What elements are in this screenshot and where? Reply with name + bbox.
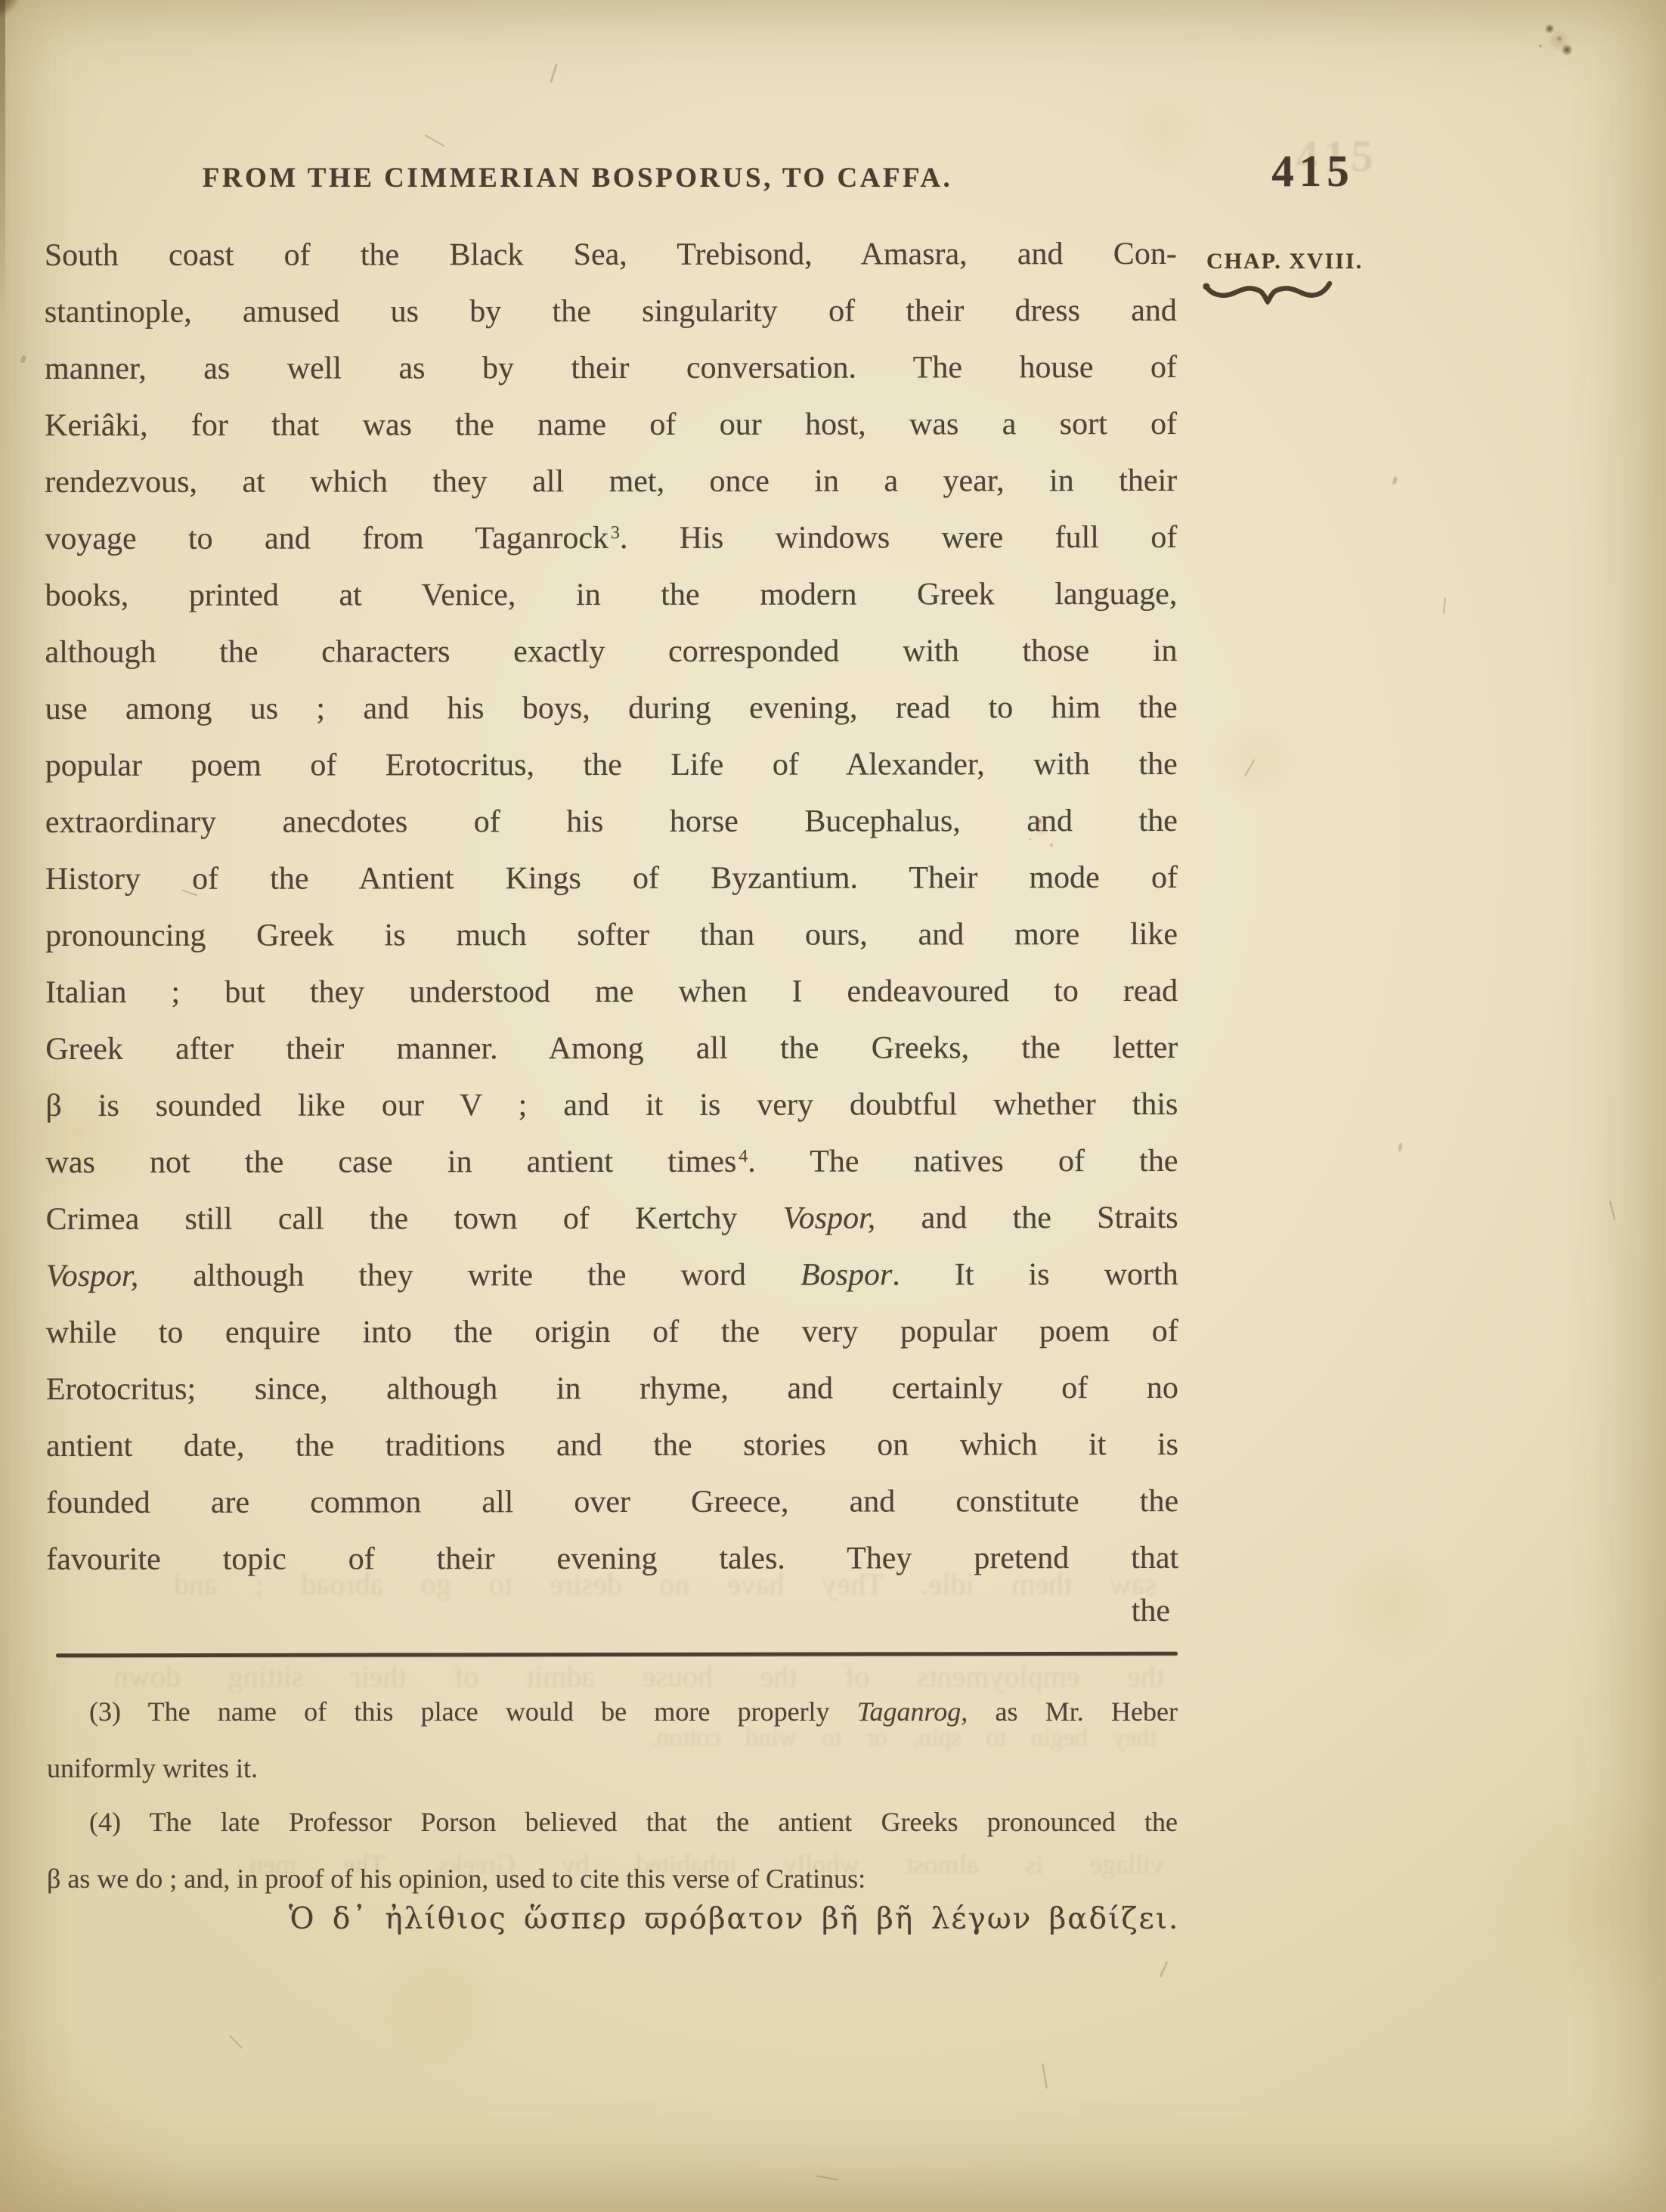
catchword: the — [45, 1583, 1175, 1640]
running-header: FROM THE CIMMERIAN BOSPORUS, TO CAFFA. — [155, 162, 1000, 194]
text-line: (4) The late Professor Porson believed t… — [47, 1795, 1178, 1851]
greek-verse: Ὁ δ᾽ ἠλίθιος ὥσπερ ϖρόβατον βῆ βῆ λέγων … — [289, 1902, 1179, 1936]
scan-edge-shadow — [0, 0, 5, 325]
text-line: rendezvous, at which they all met, once … — [45, 453, 1177, 511]
text-line: uniformly writes it. — [47, 1741, 1178, 1798]
chapter-margin-note: CHAP. XVIII. — [1206, 249, 1363, 274]
text-line: (3) The name of this place would be more… — [47, 1684, 1178, 1741]
text-line: extraordinary anecdotes of his horse Buc… — [45, 793, 1178, 851]
text-line: use among us ; and his boys, during even… — [45, 680, 1178, 738]
paper-fiber — [1042, 2063, 1048, 2089]
text-line: β is sounded like our V ; and it is very… — [45, 1077, 1178, 1135]
text-line: Vospor, although they write the word Bos… — [46, 1247, 1178, 1305]
text-line: manner, as well as by their conversation… — [45, 339, 1177, 398]
text-line: Crimea still call the town of Kertchy Vo… — [46, 1190, 1178, 1248]
text-line: History of the Antient Kings of Byzantiu… — [45, 850, 1178, 908]
stray-mark — [550, 64, 558, 83]
ink-blot-stain — [1525, 12, 1597, 73]
text-line: although the characters exactly correspo… — [45, 623, 1177, 681]
ink-speck — [1392, 476, 1398, 485]
scanned-book-page: saw them idle. They have no desire to go… — [0, 0, 1666, 2212]
footnote-rule — [56, 1652, 1178, 1658]
ink-speck — [1398, 1143, 1402, 1152]
text-line: favourite topic of their evening tales. … — [46, 1530, 1178, 1588]
paper-fiber — [229, 2035, 243, 2049]
paper-fiber — [1609, 1200, 1616, 1220]
body-paragraph: South coast of the Black Sea, Trebisond,… — [45, 226, 1179, 1588]
text-line: South coast of the Black Sea, Trebisond,… — [45, 226, 1177, 284]
paper-fiber — [816, 2175, 839, 2180]
paper-fiber — [1443, 597, 1446, 614]
text-line: Erotocritus; since, although in rhyme, a… — [46, 1360, 1178, 1418]
footnote-3: (3) The name of this place would be more… — [47, 1684, 1178, 1798]
scan-corner-shadow — [0, 0, 53, 60]
text-line: antient date, the traditions and the sto… — [46, 1417, 1178, 1475]
text-line: while to enquire into the origin of the … — [46, 1303, 1178, 1362]
text-line: founded are common all over Greece, and … — [46, 1473, 1178, 1532]
text-line: Keriâki, for that was the name of our ho… — [45, 396, 1177, 454]
text-line: stantinople, amused us by the singularit… — [45, 283, 1177, 341]
page-number: 415 — [1249, 145, 1377, 197]
text-line: voyage to and from Taganrock3. His windo… — [45, 510, 1177, 568]
ink-speck — [20, 355, 26, 363]
paper-fiber — [1244, 759, 1256, 777]
text-line: was not the case in antient times4. The … — [45, 1133, 1178, 1191]
paper-fiber — [425, 135, 445, 147]
brace-flourish-icon — [1200, 277, 1335, 312]
text-line: books, printed at Venice, in the modern … — [45, 566, 1177, 624]
text-line: pronouncing Greek is much softer than ou… — [45, 906, 1178, 965]
text-line: Greek after their manner. Among all the … — [45, 1020, 1178, 1078]
stray-mark — [1160, 1961, 1169, 1977]
text-line: popular poem of Erotocritus, the Life of… — [45, 736, 1178, 795]
text-line: β as we do ; and, in proof of his opinio… — [47, 1851, 1178, 1908]
footnote-4: (4) The late Professor Porson believed t… — [47, 1795, 1178, 1908]
text-line: Italian ; but they understood me when I … — [45, 963, 1178, 1021]
